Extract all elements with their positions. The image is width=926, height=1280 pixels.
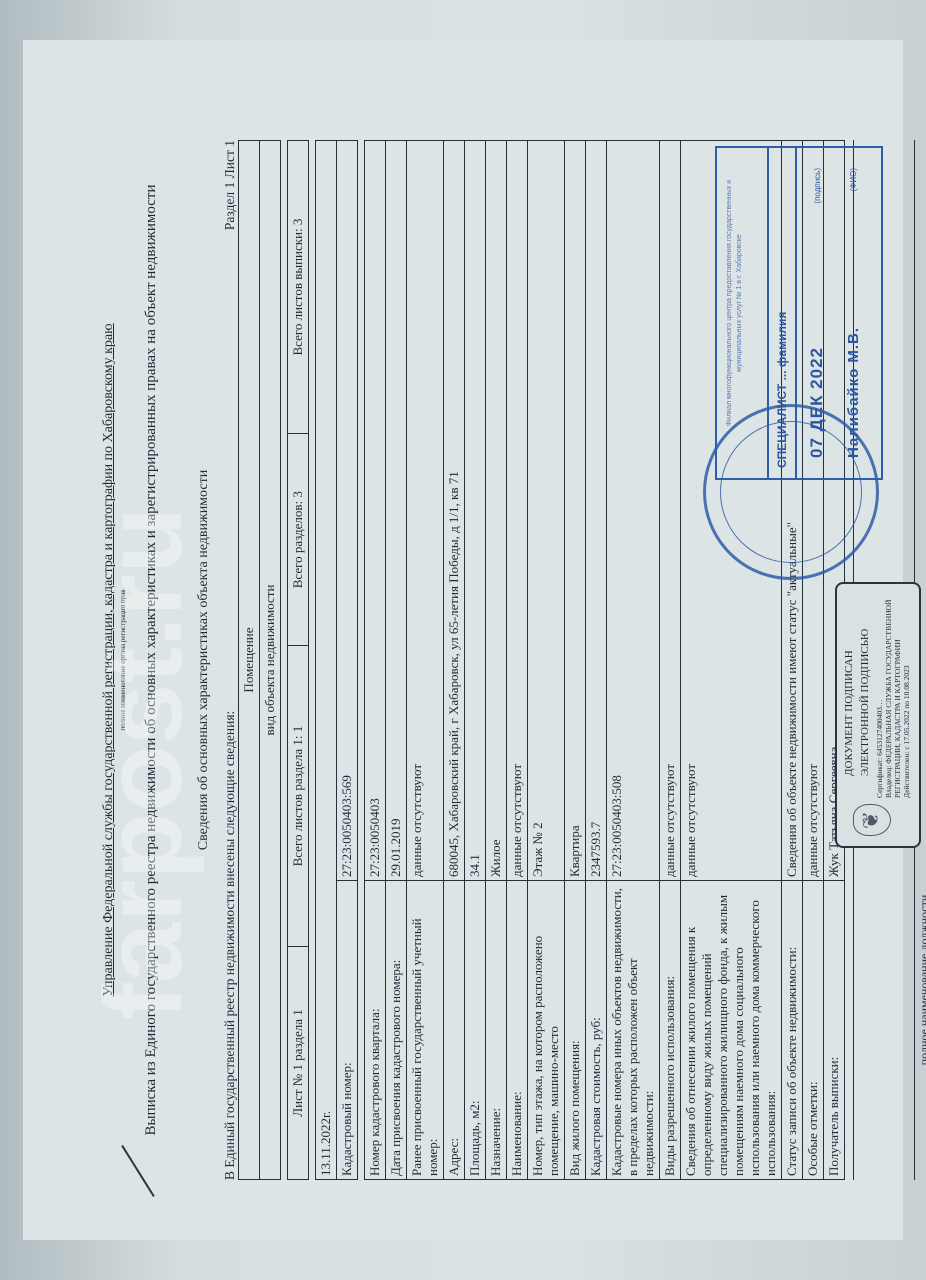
certification-stamp: Филиал многофункционального центра предо… [715, 146, 883, 480]
row-value: Жилое [486, 141, 507, 881]
row-label: Номер, тип этажа, на котором расположено… [528, 881, 565, 1180]
row-value: 34.1 [465, 141, 486, 881]
signature-area: полное наименование должности ❦ ДОКУМЕНТ… [853, 140, 915, 1180]
stamp-date: 07 ДЕК 2022 [807, 347, 827, 458]
row-value: 29.01.2019 [386, 141, 407, 881]
row-value: данные отсутствуют [407, 141, 444, 881]
row-value: 27:23:0050403:508 [607, 141, 660, 881]
row-label: Наименование: [507, 881, 528, 1180]
stamp-name-caption: (ФИО) [849, 168, 858, 191]
section-sheet: Раздел 1 Лист 1 [222, 140, 238, 230]
row-value: Квартира [565, 141, 586, 881]
row-label: Особые отметки: [803, 881, 824, 1180]
table-row: Номер, тип этажа, на котором расположено… [528, 141, 565, 1180]
cadastral-table: 13.11.2022г. Кадастровый номер: 27:23:00… [315, 140, 358, 1180]
table-row: Назначение:Жилое [486, 141, 507, 1180]
row-label: Получатель выписки: [824, 881, 845, 1180]
row-label: Сведения об отнесении жилого помещения к… [681, 881, 782, 1180]
row-label: Вид жилого помещения: [565, 881, 586, 1180]
table-row: Адрес:680045, Хабаровский край, г Хабаро… [444, 141, 465, 1180]
watermark: farpost.ru [80, 507, 207, 1020]
table-row: Кадастровые номера иных объектов недвижи… [607, 141, 660, 1180]
table-row: Дата присвоения кадастрового номера:29.0… [386, 141, 407, 1180]
sections-total: Всего разделов: 3 [288, 434, 309, 646]
sheet-info-table: Лист № 1 раздела 1 Всего листов раздела … [287, 140, 309, 1180]
row-value: 2347593.7 [586, 141, 607, 881]
row-label: Кадастровая стоимость, руб: [586, 881, 607, 1180]
cert-line: Действителен: с 17.05.2022 по 10.08.2023 [902, 600, 911, 798]
certificate-info: Сертификат: 6453127400403… Владелец: ФЕД… [875, 600, 911, 798]
object-type-table: Помещение вид объекта недвижимости [238, 140, 281, 1180]
row-value: 680045, Хабаровский край, г Хабаровск, у… [444, 141, 465, 881]
esign-line1: ДОКУМЕНТ ПОДПИСАН [843, 650, 855, 776]
esign-line2: ЭЛЕКТРОННОЙ ПОДПИСЬЮ [859, 629, 871, 776]
row-label: Дата присвоения кадастрового номера: [386, 881, 407, 1180]
table-row: Виды разрешенного использования:данные о… [660, 141, 681, 1180]
stamp-office: Филиал многофункционального центра предо… [725, 158, 745, 448]
row-label: Ранее присвоенный государственный учетны… [407, 881, 444, 1180]
cadastral-number-value: 27:23:0050403:569 [337, 141, 358, 881]
position-caption: полное наименование должности [917, 820, 926, 1140]
row-label: Виды разрешенного использования: [660, 881, 681, 1180]
row-value: 27:23:0050403 [365, 141, 386, 881]
cadastral-number-label: Кадастровый номер: [337, 881, 358, 1180]
extract-date: 13.11.2022г. [316, 141, 337, 1180]
sheets-in-section: Всего листов раздела 1: 1 [288, 646, 309, 947]
row-label: Назначение: [486, 881, 507, 1180]
cert-line: РЕГИСТРАЦИИ, КАДАСТРА И КАРТОГРАФИИ [893, 600, 902, 798]
row-label: Статус записи об объекте недвижимости: [782, 881, 803, 1180]
eagle-emblem-icon: ❦ [853, 804, 891, 836]
table-row: Кадастровая стоимость, руб:2347593.7 [586, 141, 607, 1180]
row-label: Адрес: [444, 881, 465, 1180]
row-label: Площадь, м2: [465, 881, 486, 1180]
table-row: Площадь, м2:34.1 [465, 141, 486, 1180]
intro-text: В Единый государственный реестр недвижим… [222, 711, 238, 1180]
cert-line: Владелец: ФЕДЕРАЛЬНАЯ СЛУЖБА ГОСУДАРСТВЕ… [884, 600, 893, 798]
table-row: Ранее присвоенный государственный учетны… [407, 141, 444, 1180]
row-value: данные отсутствуют [507, 141, 528, 881]
stamp-certified: СПЕЦИАЛИСТ ... фамилия [767, 148, 797, 478]
object-type: Помещение [239, 141, 260, 1180]
row-label: Кадастровые номера иных объектов недвижи… [607, 881, 660, 1180]
object-type-caption: вид объекта недвижимости [260, 141, 281, 1180]
sheets-total: Всего листов выписки: 3 [288, 141, 309, 434]
cert-line: Сертификат: 6453127400403… [875, 600, 884, 798]
stamp-name: Налибайко М.В. [845, 327, 862, 458]
row-label: Номер кадастрового квартала: [365, 881, 386, 1180]
table-row: Вид жилого помещения:Квартира [565, 141, 586, 1180]
row-value: Этаж № 2 [528, 141, 565, 881]
sheet-number: Лист № 1 раздела 1 [288, 946, 309, 1179]
table-row: Наименование:данные отсутствуют [507, 141, 528, 1180]
row-value: данные отсутствуют [660, 141, 681, 881]
table-row: Номер кадастрового квартала:27:23:005040… [365, 141, 386, 1180]
electronic-signature-block: ❦ ДОКУМЕНТ ПОДПИСАН ЭЛЕКТРОННОЙ ПОДПИСЬЮ… [835, 582, 921, 848]
stamp-sign-caption: (подпись) [813, 168, 822, 204]
